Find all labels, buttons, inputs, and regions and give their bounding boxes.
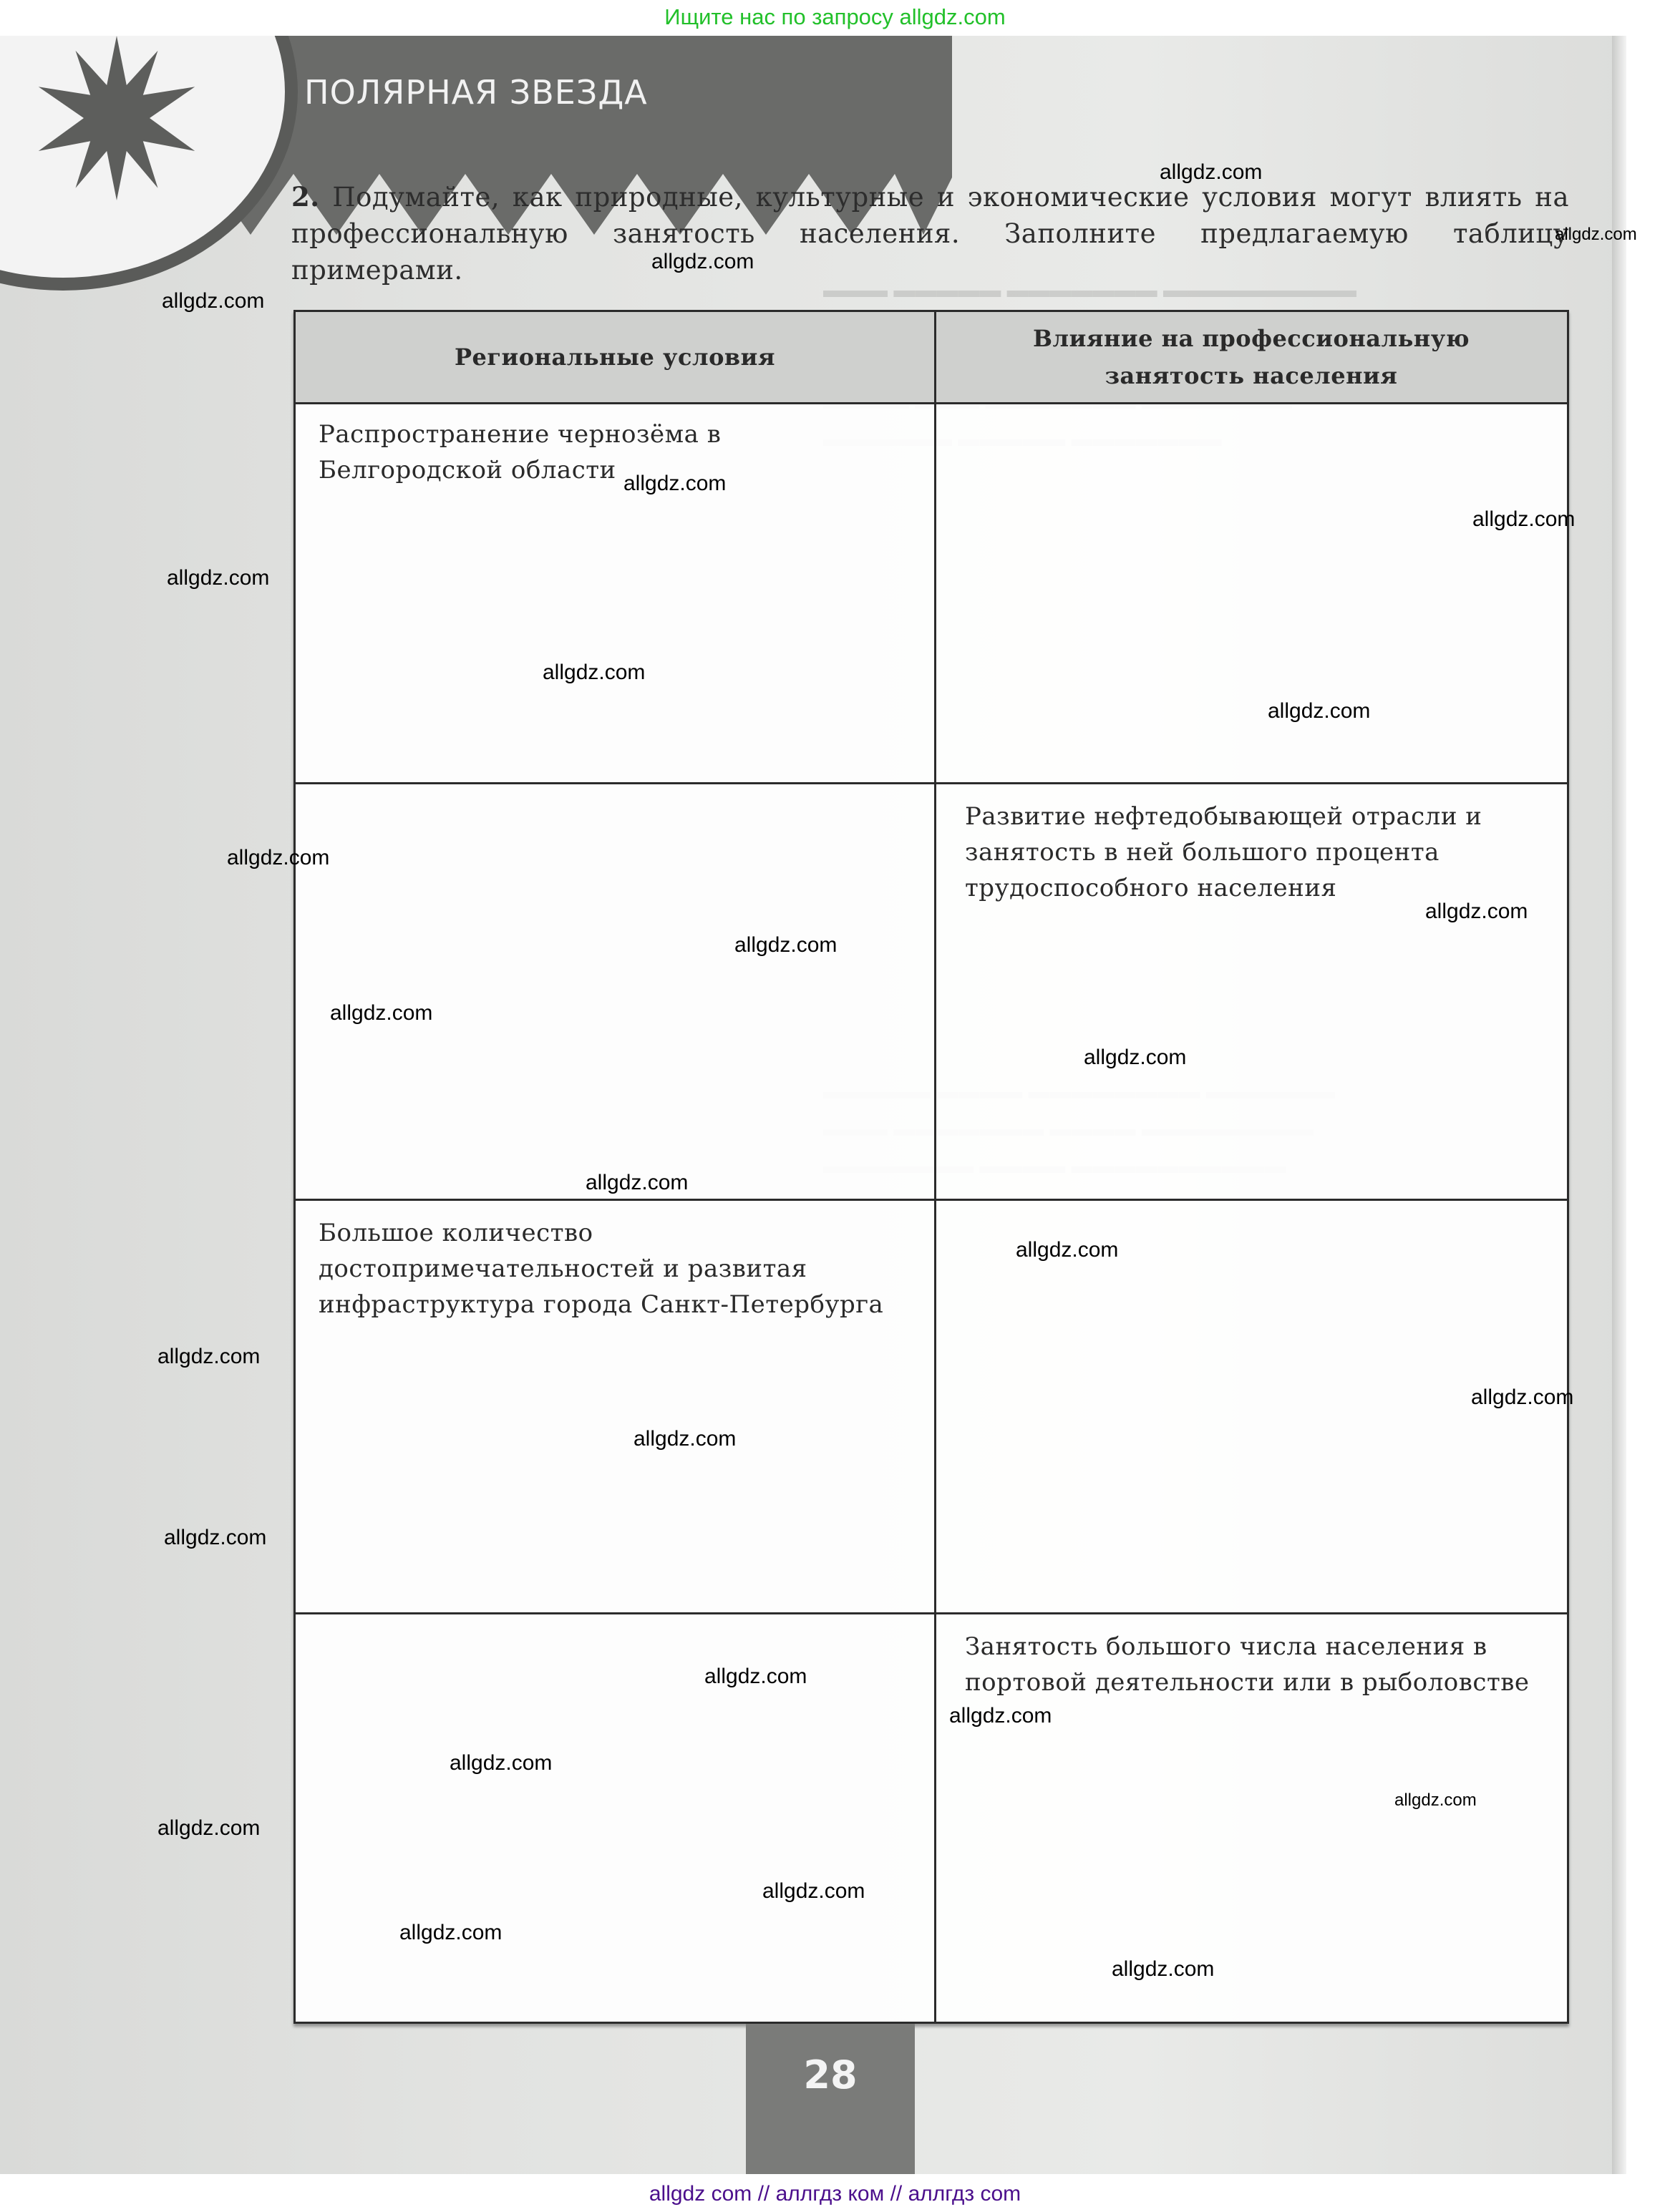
watermark: allgdz.com (167, 567, 269, 590)
watermark: allgdz.com (164, 1526, 266, 1549)
table-row-4-influence: Занятость большого числа населения в пор… (965, 1629, 1538, 1700)
watermark: allgdz.com (1555, 223, 1637, 246)
search-hint-banner: Ищите нас по запросу allgdz.com (0, 1, 1670, 33)
section-title: ПОЛЯРНАЯ ЗВЕЗДА (304, 73, 648, 112)
watermark: allgdz.com (1425, 900, 1528, 923)
row-divider (296, 1612, 1567, 1614)
watermark: allgdz.com (227, 847, 329, 869)
watermark: allgdz.com (1112, 1958, 1214, 1981)
watermark: allgdz.com (704, 1665, 807, 1688)
table-row-3-condition: Большое количество достопримечательносте… (319, 1215, 906, 1322)
watermark: allgdz.com (651, 250, 754, 273)
task-text: Подумайте, как природные, культурные и э… (291, 182, 1569, 286)
watermark: allgdz.com (1016, 1239, 1118, 1262)
watermark: allgdz.com (623, 472, 726, 495)
page-edge (1612, 36, 1626, 2174)
column-divider (934, 312, 936, 2022)
watermark: allgdz.com (1268, 700, 1370, 723)
page-number: 28 (746, 2052, 915, 2097)
page-number-box: 28 (746, 2024, 915, 2174)
star-icon (34, 36, 199, 200)
table-row-1-condition: Распространение чернозёма в Белгородской… (319, 416, 891, 488)
row-divider (296, 1199, 1567, 1201)
footer-watermark: allgdz com // аллгдз ком // аллгдз com (0, 2176, 1670, 2212)
watermark: allgdz.com (762, 1880, 865, 1903)
task-instruction: 2. Подумайте, как природные, культурные … (291, 179, 1569, 288)
watermark: allgdz.com (1084, 1046, 1186, 1069)
watermark: allgdz.com (734, 934, 837, 957)
row-divider (296, 782, 1567, 784)
watermark: allgdz.com (157, 1345, 260, 1368)
watermark: allgdz.com (162, 290, 264, 313)
task-number: 2. (291, 181, 320, 213)
watermark: allgdz.com (450, 1752, 552, 1775)
header-employment-influence: Влияние на профессиональную занятость на… (936, 312, 1566, 402)
watermark: allgdz.com (586, 1171, 688, 1194)
table-row-2-influence: Развитие нефтедобывающей отрасли и занят… (965, 799, 1538, 906)
header-regional-conditions: Региональные условия (296, 312, 934, 402)
watermark: allgdz.com (399, 1921, 502, 1944)
watermark: allgdz.com (1394, 1789, 1477, 1812)
watermark: allgdz.com (633, 1428, 736, 1451)
watermark: allgdz.com (1472, 508, 1575, 531)
watermark: allgdz.com (157, 1817, 260, 1840)
table-header-row: Региональные условия Влияние на професси… (296, 312, 1567, 404)
watermark: allgdz.com (1160, 161, 1262, 184)
watermark: allgdz.com (330, 1002, 432, 1025)
watermark: allgdz.com (543, 661, 645, 684)
watermark: allgdz.com (1471, 1386, 1573, 1409)
watermark: allgdz.com (949, 1705, 1052, 1728)
